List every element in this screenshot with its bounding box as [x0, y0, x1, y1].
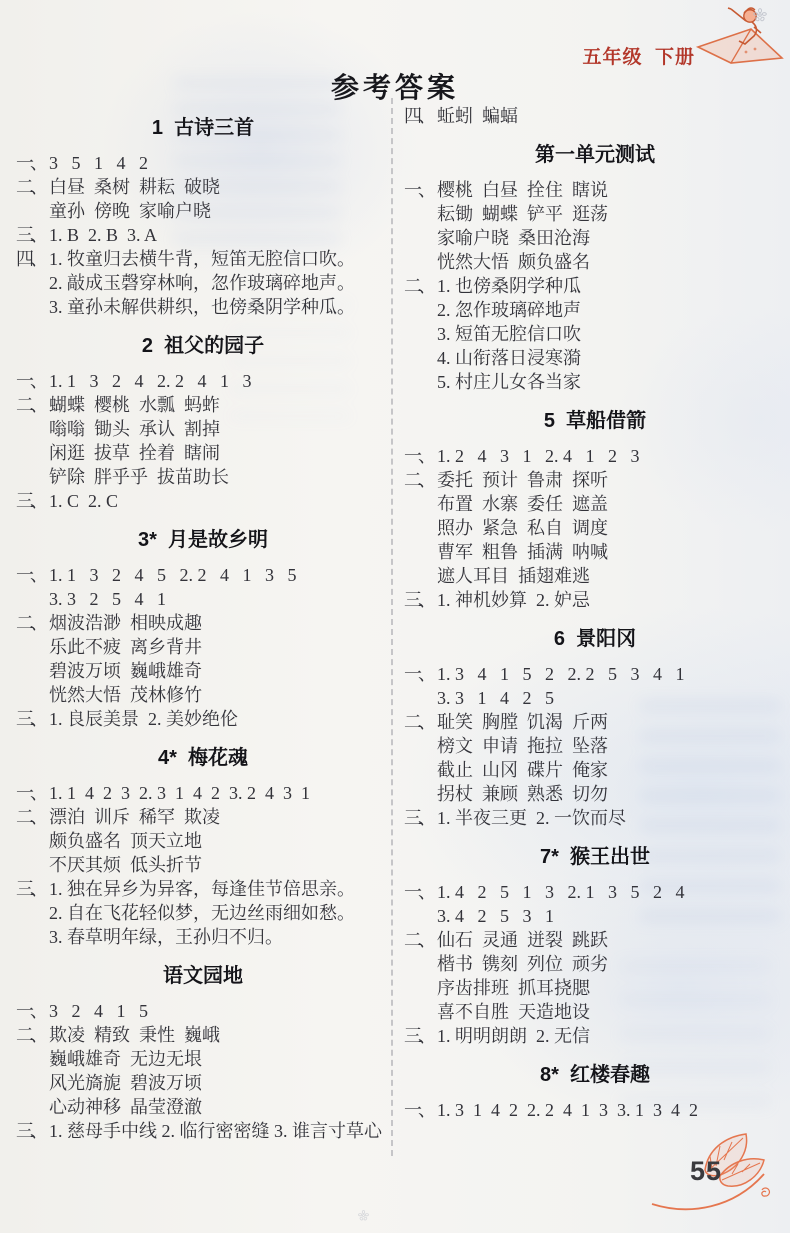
answer-item-label: 四、 [404, 104, 437, 128]
answer-item-label: 四、 [16, 247, 49, 271]
section-heading: 7* 猴王出世 [404, 845, 786, 869]
answer-text: 恍然大悟 颇负盛名 [437, 252, 590, 272]
answer-line: 三、1. 神机妙算 2. 妒忌 [404, 588, 786, 612]
answer-item-label: 二、 [16, 611, 49, 635]
answer-text: 2. 自在飞花轻似梦，无边丝雨细如愁。 [49, 903, 355, 923]
answer-text: 曹军 粗鲁 插满 呐喊 [437, 542, 608, 562]
answer-text: 序齿排班 抓耳挠腮 [437, 978, 590, 998]
answer-item-label: 一、 [16, 781, 49, 805]
answer-text: 委托 预计 鲁肃 探听 [437, 470, 608, 490]
answer-text: 3. 短笛无腔信口吹 [437, 324, 581, 344]
answer-line-continuation: 序齿排班 抓耳挠腮 [404, 976, 786, 1000]
answer-text: 漂泊 训斥 稀罕 欺凌 [49, 807, 220, 827]
answer-line: 三、1. 良辰美景 2. 美妙绝伦 [16, 707, 390, 731]
edition-label: 五年级 下册 [0, 42, 695, 69]
answer-line-continuation: 4. 山衔落日浸寒漪 [404, 346, 786, 370]
answer-line: 一、1. 3 1 4 2 2. 2 4 1 3 3. 1 3 4 2 [404, 1098, 786, 1122]
answer-line: 一、3 5 1 4 2 [16, 151, 390, 175]
answer-text: 1. 牧童归去横牛背，短笛无腔信口吹。 [49, 249, 355, 269]
answer-text: 1. 良辰美景 2. 美妙绝伦 [49, 709, 238, 729]
answer-line-continuation: 遮人耳目 插翅难逃 [404, 564, 786, 588]
gray-flower-icon [358, 1208, 369, 1226]
section-heading: 5 草船借箭 [404, 409, 786, 433]
answer-text: 嗡嗡 锄头 承认 割掉 [49, 419, 220, 439]
section-heading: 3* 月是故乡明 [16, 528, 390, 552]
answer-text: 心动神移 晶莹澄澈 [49, 1097, 202, 1117]
answer-line: 二、1. 也傍桑阴学种瓜 [404, 274, 786, 298]
answer-text: 欺凌 精致 秉性 巍峨 [49, 1025, 220, 1045]
answer-text: 白昼 桑树 耕耘 破晓 [49, 177, 220, 197]
answer-item-label: 三、 [16, 1119, 49, 1143]
answer-line-continuation: 巍峨雄奇 无边无垠 [16, 1047, 390, 1071]
gray-flower-icon [753, 8, 767, 27]
answer-text: 蝴蝶 樱桃 水瓢 蚂蚱 [49, 395, 220, 415]
answer-item-label: 一、 [404, 662, 437, 686]
answer-text: 颇负盛名 顶天立地 [49, 831, 202, 851]
answer-text: 铲除 胖乎乎 拔苗助长 [49, 467, 229, 487]
answer-line: 一、1. 4 2 5 1 3 2. 1 3 5 2 4 [404, 880, 786, 904]
answer-line: 一、1. 1 3 2 4 2. 2 4 1 3 [16, 369, 390, 393]
answer-text: 遮人耳目 插翅难逃 [437, 566, 590, 586]
answer-text: 4. 山衔落日浸寒漪 [437, 348, 581, 368]
answer-line-continuation: 不厌其烦 低头折节 [16, 853, 390, 877]
answer-item-label: 一、 [16, 999, 49, 1023]
answer-item-label: 三、 [404, 588, 437, 612]
answer-text: 1. 1 3 2 4 2. 2 4 1 3 [49, 371, 252, 391]
answer-line-continuation: 2. 自在飞花轻似梦，无边丝雨细如愁。 [16, 901, 390, 925]
answer-text: 1. 3 1 4 2 2. 2 4 1 3 3. 1 3 4 2 [437, 1100, 698, 1120]
answer-line: 三、1. 独在异乡为异客，每逢佳节倍思亲。 [16, 877, 390, 901]
answer-line: 三、1. 明明朗朗 2. 无信 [404, 1024, 786, 1048]
answer-item-label: 二、 [16, 175, 49, 199]
answer-item-label: 三、 [16, 877, 49, 901]
answer-line-continuation: 耘锄 蝴蝶 铲平 逛荡 [404, 202, 786, 226]
answer-item-label: 一、 [404, 444, 437, 468]
answer-text: 童孙 傍晚 家喻户晓 [49, 201, 211, 221]
section-heading: 1 古诗三首 [16, 116, 390, 140]
answer-line-continuation: 3. 短笛无腔信口吹 [404, 322, 786, 346]
answer-text: 乐此不疲 离乡背井 [49, 637, 202, 657]
answer-line: 四、蚯蚓 蝙蝠 [404, 104, 786, 128]
answer-line: 二、烟波浩渺 相映成趣 [16, 611, 390, 635]
answer-text: 巍峨雄奇 无边无垠 [49, 1049, 202, 1069]
answer-line: 三、1. B 2. B 3. A [16, 223, 390, 247]
answer-line-continuation: 2. 忽作玻璃碎地声 [404, 298, 786, 322]
answer-line-continuation: 5. 村庄儿女各当家 [404, 370, 786, 394]
answer-text: 3. 童孙未解供耕织，也傍桑阴学种瓜。 [49, 297, 355, 317]
answer-line-continuation: 恍然大悟 茂林修竹 [16, 683, 390, 707]
answer-line-continuation: 3. 3 2 5 4 1 [16, 587, 390, 611]
answer-line-continuation: 曹军 粗鲁 插满 呐喊 [404, 540, 786, 564]
answer-line: 三、1. C 2. C [16, 489, 390, 513]
answer-text: 3. 春草明年绿，王孙归不归。 [49, 927, 283, 947]
answer-text: 1. 慈母手中线 2. 临行密密缝 3. 谁言寸草心 [49, 1121, 382, 1141]
answer-text: 1. C 2. C [49, 491, 118, 511]
answer-item-label: 一、 [404, 1098, 437, 1122]
answer-line: 二、蝴蝶 樱桃 水瓢 蚂蚱 [16, 393, 390, 417]
answer-item-label: 三、 [16, 223, 49, 247]
answer-text: 1. 半夜三更 2. 一饮而尽 [437, 808, 626, 828]
answer-item-label: 一、 [404, 880, 437, 904]
column-left: 1 古诗三首一、3 5 1 4 2二、白昼 桑树 耕耘 破晓童孙 傍晚 家喻户晓… [16, 116, 390, 1143]
answer-line: 二、仙石 灵通 迸裂 跳跃 [404, 928, 786, 952]
answer-line-continuation: 闲逛 拔草 拴着 瞎闹 [16, 441, 390, 465]
answer-line-continuation: 榜文 申请 拖拉 坠落 [404, 734, 786, 758]
answer-item-label: 三、 [16, 707, 49, 731]
answer-line-continuation: 3. 4 2 5 3 1 [404, 904, 786, 928]
answer-text: 3. 3 1 4 2 5 [437, 688, 554, 708]
answer-line-continuation: 2. 敲成玉磬穿林响，忽作玻璃碎地声。 [16, 271, 390, 295]
answer-text: 1. 独在异乡为异客，每逢佳节倍思亲。 [49, 879, 355, 899]
answer-text: 3. 4 2 5 3 1 [437, 906, 554, 926]
answer-item-label: 二、 [16, 805, 49, 829]
answer-line: 一、1. 3 4 1 5 2 2. 2 5 3 4 1 [404, 662, 786, 686]
answer-text: 5. 村庄儿女各当家 [437, 372, 581, 392]
answer-line: 二、耻笑 胸膛 饥渴 斤两 [404, 710, 786, 734]
answer-text: 布置 水寨 委任 遮盖 [437, 494, 608, 514]
answer-text: 喜不自胜 天造地设 [437, 1002, 590, 1022]
answer-item-label: 一、 [404, 178, 437, 202]
answer-line-continuation: 截止 山冈 碟片 俺家 [404, 758, 786, 782]
answer-text: 照办 紧急 私自 调度 [437, 518, 608, 538]
answer-text: 1. 1 4 2 3 2. 3 1 4 2 3. 2 4 3 1 [49, 783, 310, 803]
answer-item-label: 二、 [404, 468, 437, 492]
answer-line: 二、白昼 桑树 耕耘 破晓 [16, 175, 390, 199]
answer-line-continuation: 心动神移 晶莹澄澈 [16, 1095, 390, 1119]
answer-text: 3 2 4 1 5 [49, 1001, 148, 1021]
answer-line-continuation: 乐此不疲 离乡背井 [16, 635, 390, 659]
answer-item-label: 二、 [404, 710, 437, 734]
answer-line-continuation: 照办 紧急 私自 调度 [404, 516, 786, 540]
answer-line: 一、樱桃 白昼 拴住 瞎说 [404, 178, 786, 202]
answer-item-label: 一、 [16, 151, 49, 175]
answer-text: 耘锄 蝴蝶 铲平 逛荡 [437, 204, 608, 224]
answer-text: 1. 1 3 2 4 5 2. 2 4 1 3 5 [49, 565, 297, 585]
answer-text: 不厌其烦 低头折节 [49, 855, 202, 875]
answer-item-label: 三、 [404, 806, 437, 830]
answer-item-label: 二、 [404, 274, 437, 298]
answer-line: 三、1. 慈母手中线 2. 临行密密缝 3. 谁言寸草心 [16, 1119, 390, 1143]
answer-text: 截止 山冈 碟片 俺家 [437, 760, 608, 780]
answer-line-continuation: 3. 3 1 4 2 5 [404, 686, 786, 710]
answer-key-page: 五年级 下册 参考答案 1 古诗三首一、3 5 1 4 2二、白昼 桑树 耕耘 [0, 0, 790, 1233]
answer-line: 二、委托 预计 鲁肃 探听 [404, 468, 786, 492]
answer-text: 3 5 1 4 2 [49, 153, 148, 173]
answer-text: 闲逛 拔草 拴着 瞎闹 [49, 443, 220, 463]
answer-line-continuation: 布置 水寨 委任 遮盖 [404, 492, 786, 516]
answer-item-label: 三、 [16, 489, 49, 513]
answer-text: 1. 3 4 1 5 2 2. 2 5 3 4 1 [437, 664, 685, 684]
section-heading: 8* 红楼春趣 [404, 1063, 786, 1087]
answer-text: 2. 忽作玻璃碎地声 [437, 300, 581, 320]
section-heading: 第一单元测试 [404, 143, 786, 167]
answer-text: 1. 神机妙算 2. 妒忌 [437, 590, 590, 610]
answer-line: 一、1. 1 3 2 4 5 2. 2 4 1 3 5 [16, 563, 390, 587]
answer-text: 楷书 镌刻 列位 顽劣 [437, 954, 608, 974]
answer-line-continuation: 嗡嗡 锄头 承认 割掉 [16, 417, 390, 441]
answer-text: 仙石 灵通 迸裂 跳跃 [437, 930, 608, 950]
answer-text: 恍然大悟 茂林修竹 [49, 685, 202, 705]
answer-text: 拐杖 兼顾 熟悉 切勿 [437, 784, 608, 804]
answer-text: 3. 3 2 5 4 1 [49, 589, 166, 609]
answer-line-continuation: 3. 春草明年绿，王孙归不归。 [16, 925, 390, 949]
answer-line: 一、3 2 4 1 5 [16, 999, 390, 1023]
section-heading: 语文园地 [16, 964, 390, 988]
answer-line: 一、1. 1 4 2 3 2. 3 1 4 2 3. 2 4 3 1 [16, 781, 390, 805]
answer-line: 二、欺凌 精致 秉性 巍峨 [16, 1023, 390, 1047]
answer-line-continuation: 碧波万顷 巍峨雄奇 [16, 659, 390, 683]
section-heading: 6 景阳冈 [404, 627, 786, 651]
answer-line-continuation: 楷书 镌刻 列位 顽劣 [404, 952, 786, 976]
answer-line: 一、1. 2 4 3 1 2. 4 1 2 3 [404, 444, 786, 468]
page-title: 参考答案 [0, 66, 790, 106]
answer-line-continuation: 3. 童孙未解供耕织，也傍桑阴学种瓜。 [16, 295, 390, 319]
answer-text: 蚯蚓 蝙蝠 [437, 106, 518, 126]
column-right: 四、蚯蚓 蝙蝠第一单元测试一、樱桃 白昼 拴住 瞎说耘锄 蝴蝶 铲平 逛荡家喻户… [404, 104, 786, 1122]
answer-text: 耻笑 胸膛 饥渴 斤两 [437, 712, 608, 732]
answer-text: 樱桃 白昼 拴住 瞎说 [437, 180, 608, 200]
answer-line-continuation: 恍然大悟 颇负盛名 [404, 250, 786, 274]
section-heading: 4* 梅花魂 [16, 746, 390, 770]
answer-text: 1. B 2. B 3. A [49, 225, 157, 245]
answer-line-continuation: 颇负盛名 顶天立地 [16, 829, 390, 853]
section-heading: 2 祖父的园子 [16, 334, 390, 358]
answer-line-continuation: 风光旖旎 碧波万顷 [16, 1071, 390, 1095]
answer-text: 碧波万顷 巍峨雄奇 [49, 661, 202, 681]
answer-text: 1. 4 2 5 1 3 2. 1 3 5 2 4 [437, 882, 685, 902]
answer-item-label: 二、 [16, 1023, 49, 1047]
answer-text: 1. 2 4 3 1 2. 4 1 2 3 [437, 446, 640, 466]
answer-text: 榜文 申请 拖拉 坠落 [437, 736, 608, 756]
answer-item-label: 一、 [16, 369, 49, 393]
column-divider [391, 98, 393, 1156]
answer-text: 烟波浩渺 相映成趣 [49, 613, 202, 633]
kid-on-paper-airplane-icon [694, 2, 786, 75]
page-number: 55 [690, 1156, 722, 1187]
answer-line-continuation: 童孙 傍晚 家喻户晓 [16, 199, 390, 223]
answer-line-continuation: 喜不自胜 天造地设 [404, 1000, 786, 1024]
answer-text: 2. 敲成玉磬穿林响，忽作玻璃碎地声。 [49, 273, 355, 293]
answer-text: 家喻户晓 桑田沧海 [437, 228, 590, 248]
answer-line: 四、1. 牧童归去横牛背，短笛无腔信口吹。 [16, 247, 390, 271]
answer-line-continuation: 拐杖 兼顾 熟悉 切勿 [404, 782, 786, 806]
answer-text: 风光旖旎 碧波万顷 [49, 1073, 202, 1093]
answer-text: 1. 也傍桑阴学种瓜 [437, 276, 581, 296]
answer-item-label: 二、 [404, 928, 437, 952]
answer-item-label: 二、 [16, 393, 49, 417]
answer-text: 1. 明明朗朗 2. 无信 [437, 1026, 590, 1046]
answer-item-label: 一、 [16, 563, 49, 587]
answer-line: 二、漂泊 训斥 稀罕 欺凌 [16, 805, 390, 829]
answer-line-continuation: 家喻户晓 桑田沧海 [404, 226, 786, 250]
answer-line-continuation: 铲除 胖乎乎 拔苗助长 [16, 465, 390, 489]
answer-line: 三、1. 半夜三更 2. 一饮而尽 [404, 806, 786, 830]
answer-item-label: 三、 [404, 1024, 437, 1048]
